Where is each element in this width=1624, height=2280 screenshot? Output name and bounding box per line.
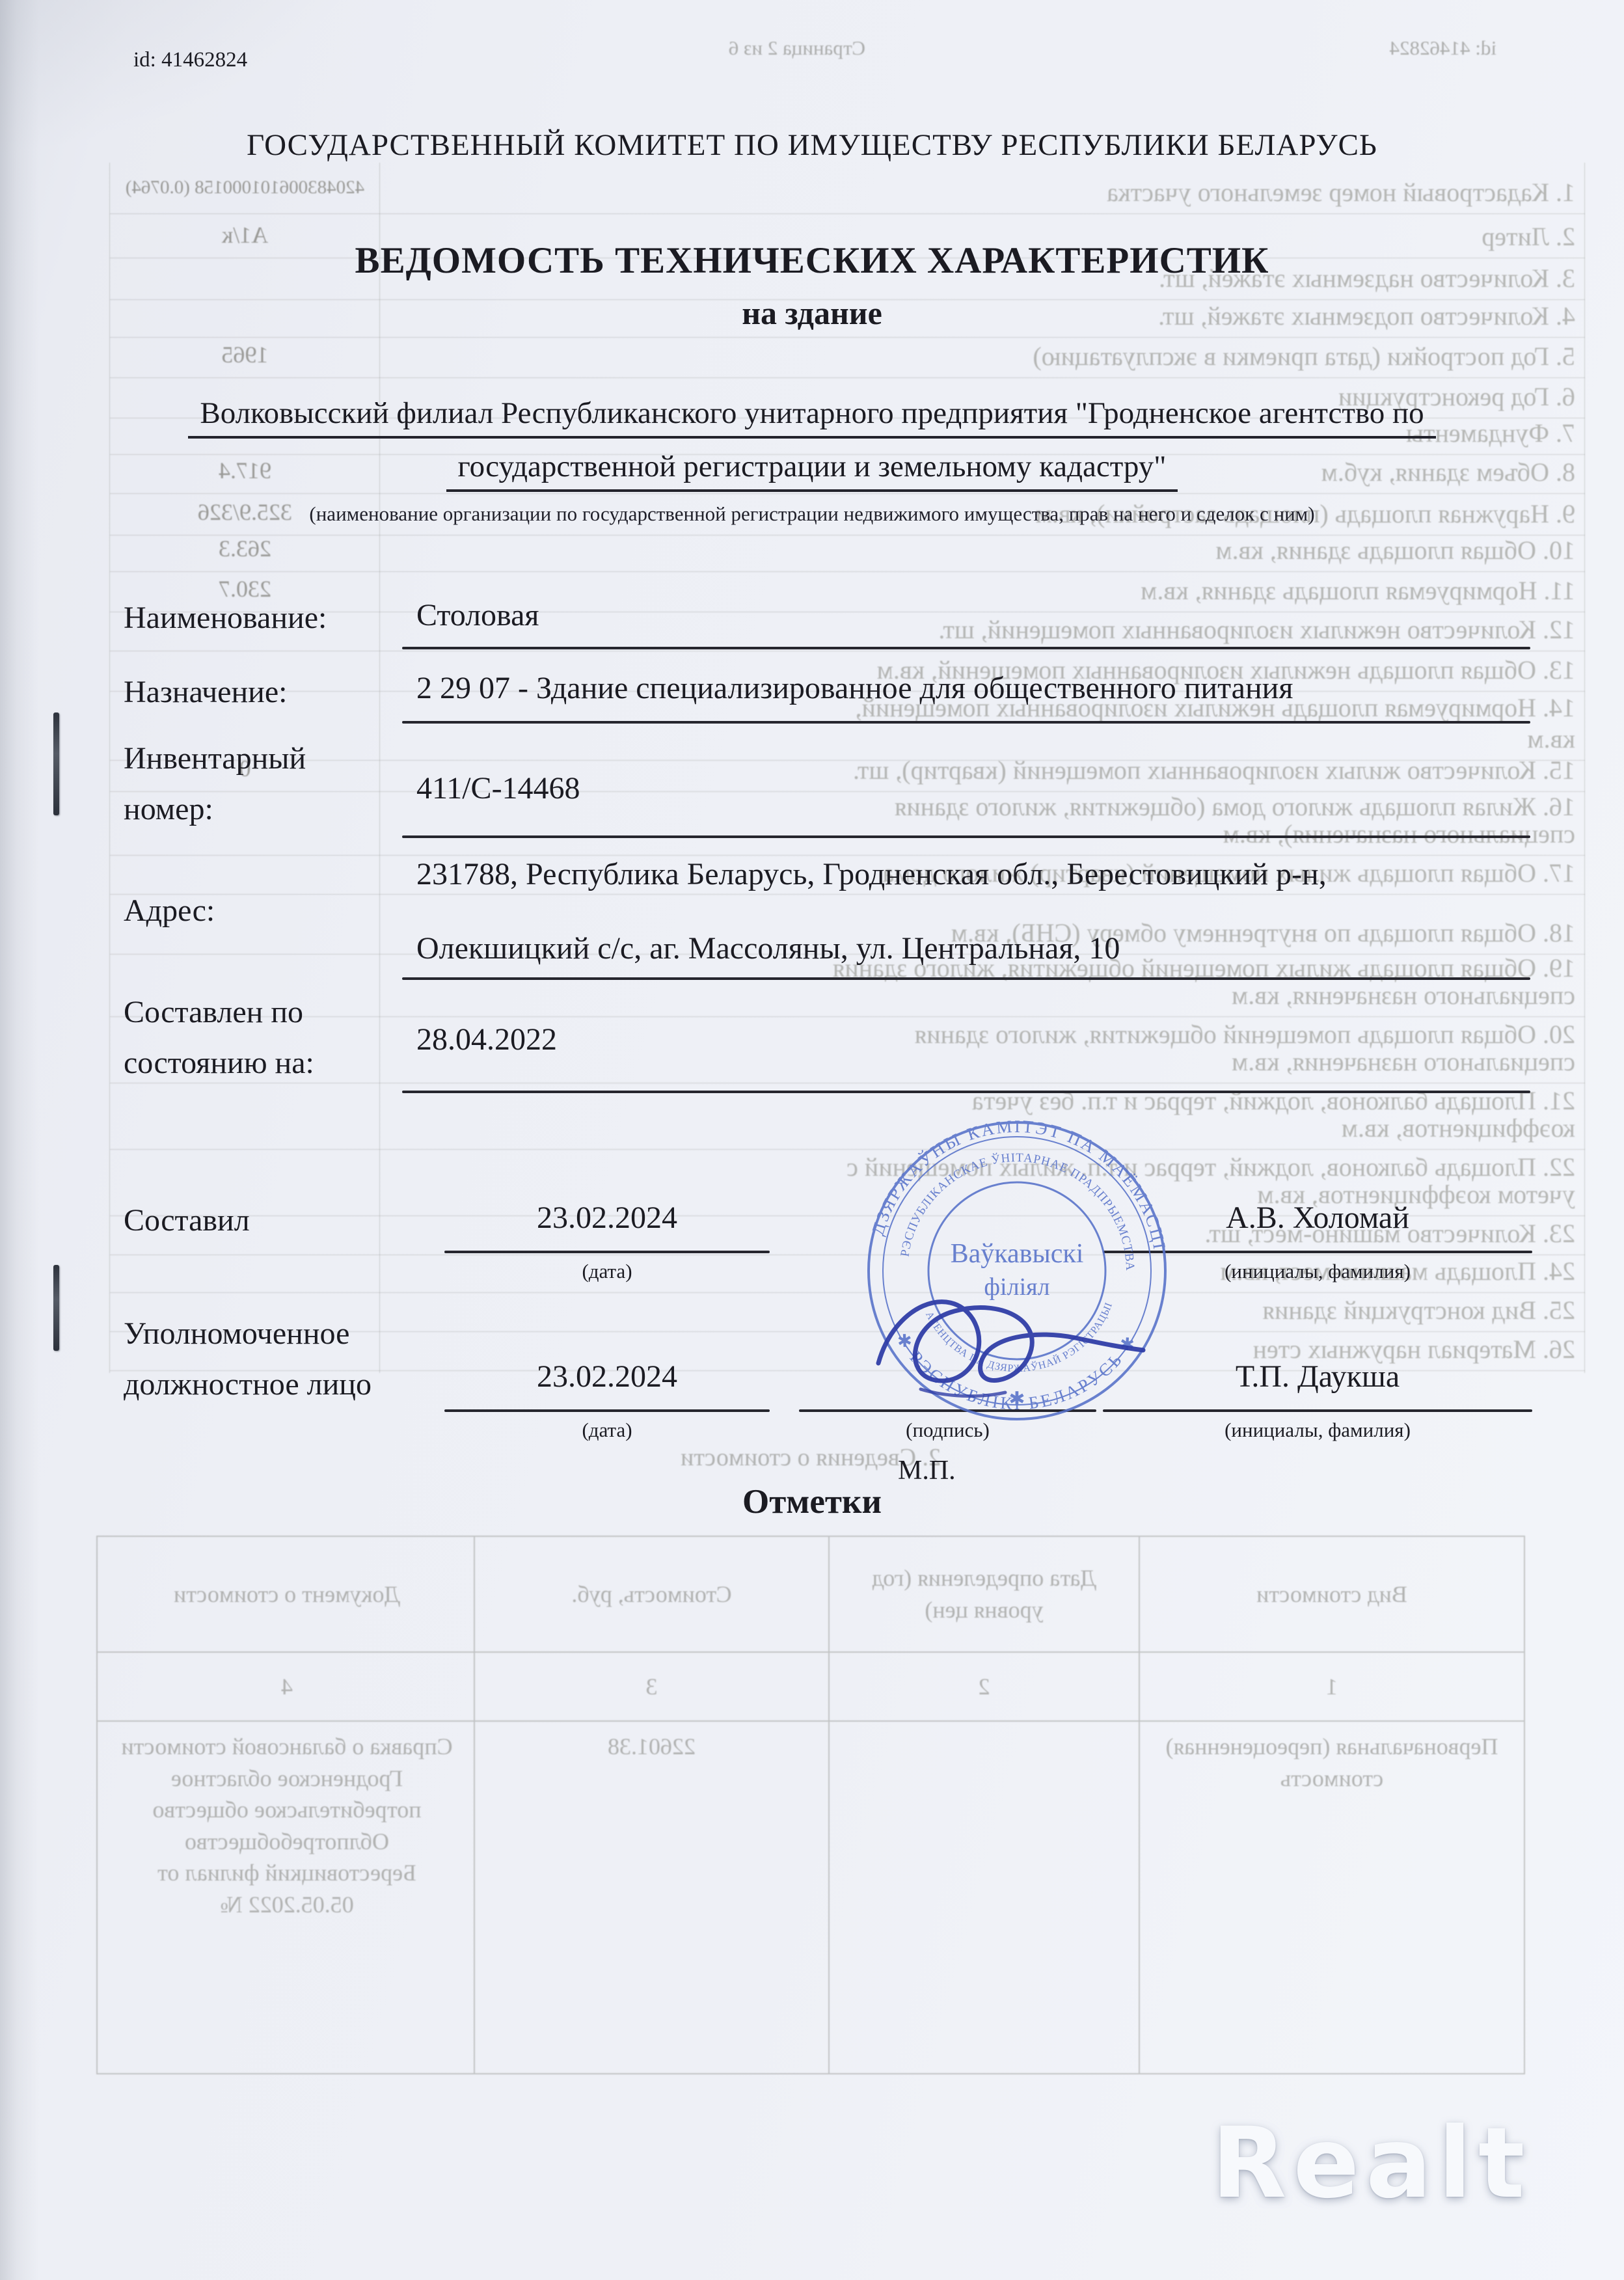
bleed-item-label: 20. Общая площадь помещений общежития, ж… (915, 1019, 1575, 1050)
bleed-cell-cost: 22601.38 (475, 1722, 830, 2073)
bleed-cost-table-header-row: Вид стоимости Дата определения (год уров… (98, 1537, 1524, 1651)
composed-date: 23.02.2024 (444, 1200, 770, 1236)
document-title: ВЕДОМОСТЬ ТЕХНИЧЕСКИХ ХАРАКТЕРИСТИК (0, 239, 1624, 282)
bleed-row-line (110, 535, 1585, 536)
bleed-cost-table: Вид стоимости Дата определения (год уров… (96, 1536, 1525, 2074)
document-subtitle: на здание (0, 294, 1624, 332)
bleed-cell-kind: Первоначальная (переоцененная) стоимость (1140, 1722, 1524, 2073)
committee-heading: ГОСУДАРСТВЕННЫЙ КОМИТЕТ ПО ИМУЩЕСТВУ РЕС… (0, 128, 1624, 163)
field-rule (402, 1091, 1530, 1093)
field-value-address2: Олекшицкий с/с, аг. Массоляны, ул. Центр… (416, 930, 1120, 966)
bleed-item-label: 10. Общая площадь здания, кв.м (1215, 535, 1575, 565)
field-label-asof1: Составлен по (124, 994, 303, 1030)
field-label-inventory2: номер: (124, 791, 213, 827)
bleed-item-label: коэффициентов, кв.м (1342, 1113, 1575, 1143)
bleed-item-label: 15. Количество жилых изолированных помещ… (853, 755, 1575, 785)
field-rule (402, 835, 1530, 838)
bleed-row-line (110, 651, 1585, 651)
marks-heading: Отметки (0, 1482, 1624, 1521)
bleed-item-label: 1. Кадастровый номер земельного участка (1107, 177, 1575, 208)
bleed-item-label: кв.м (1527, 724, 1575, 754)
bleed-item-label: 11. Нормируемая площадь здания, кв.м (1141, 575, 1575, 606)
bleed-item-label: специального назначения, кв.м (1232, 1046, 1575, 1077)
org-name-line2: государственной регистрации и земельному… (0, 449, 1624, 492)
handwritten-signature (843, 1259, 1207, 1428)
bleed-item-label: 25. Вид конструкций здания (1263, 1295, 1576, 1325)
org-caption: (наименование организации по государстве… (0, 502, 1624, 526)
field-label-name: Наименование: (124, 600, 327, 636)
bleed-row-line (110, 337, 1585, 338)
bleed-col-header: Дата определения (год уровня цен) (830, 1537, 1140, 1651)
bleed-through-layer: id: 41462824 Страница 2 из 6 1. Кадастро… (0, 0, 1624, 2280)
signature-rule (444, 1251, 770, 1253)
bleed-item-label: 16. Жилая площадь жилого дома (общежития… (895, 791, 1575, 822)
bleed-cost-table-data-row: Первоначальная (переоцененная) стоимость… (98, 1720, 1524, 2073)
bleed-table-border-left (1584, 163, 1585, 1373)
field-value-inventory: 411/С-14468 (416, 770, 580, 806)
bleed-page-info: Страница 2 из 6 (729, 36, 865, 60)
field-value-name: Столовая (416, 597, 539, 633)
field-label-inventory1: Инвентарный (124, 740, 306, 776)
scanned-document-page: id: 41462824 Страница 2 из 6 1. Кадастро… (0, 0, 1624, 2280)
document-id: id: 41462824 (133, 48, 247, 72)
bleed-row-line (110, 612, 1585, 612)
field-label-address: Адрес: (124, 893, 215, 929)
date-caption: (дата) (444, 1418, 770, 1442)
bleed-item-value: 1965 (110, 341, 380, 368)
field-value-address1: 231788, Республика Беларусь, Гродненская… (416, 856, 1327, 892)
bleed-row-line (110, 791, 1585, 792)
mp-label: М.П. (898, 1455, 956, 1486)
bleed-row-line (110, 855, 1585, 856)
bleed-item-value: 420483006101000158 (0.0764) (110, 177, 380, 198)
bleed-row-line (110, 493, 1585, 494)
bleed-row-line (110, 213, 1585, 214)
bleed-col-header: Вид стоимости (1140, 1537, 1524, 1651)
field-label-purpose: Назначение: (124, 674, 287, 710)
date-caption: (дата) (444, 1260, 770, 1283)
bleed-item-value: 263.3 (110, 535, 380, 562)
field-value-asof: 28.04.2022 (416, 1022, 557, 1057)
bleed-col-header: Стоимость, руб. (475, 1537, 830, 1651)
field-rule (402, 721, 1530, 724)
bleed-item-label: 5. Год постройки (дата приемки в эксплуа… (1033, 341, 1575, 372)
field-value-purpose: 2 29 07 - Здание специализированное для … (416, 670, 1293, 706)
bleed-item-label: специального назначения, кв.м (1232, 980, 1575, 1011)
bleed-col-number: 1 (1140, 1653, 1524, 1720)
bleed-row-line (110, 894, 1585, 895)
composed-by-label: Составил (124, 1202, 250, 1238)
bleed-col-header: Документ о стоимости (100, 1537, 475, 1651)
bleed-item-label: 12. Количество нежилых изолированных пом… (938, 614, 1575, 645)
bleed-table-border-right (109, 163, 110, 1373)
field-rule (402, 977, 1530, 980)
bleed-row-line (110, 377, 1585, 378)
bleed-col-number: 4 (100, 1653, 475, 1720)
field-rule (402, 647, 1530, 649)
staple-mark (53, 712, 59, 815)
bleed-cell-date (830, 1722, 1140, 2073)
field-label-asof2: состоянию на: (124, 1045, 314, 1081)
bleed-cell-doc: Справка о балансовой стоимости Гродненск… (100, 1722, 475, 2073)
bleed-row-line (110, 1149, 1585, 1150)
staple-mark (53, 1265, 59, 1351)
bleed-cost-table-number-row: 1 2 3 4 (98, 1651, 1524, 1720)
officer-label2: должностное лицо (124, 1366, 372, 1402)
bleed-row-line (110, 1083, 1585, 1083)
bleed-table-border-mid (379, 163, 380, 1373)
bleed-col-number: 3 (475, 1653, 830, 1720)
bleed-item-label: специального назначения), кв.м (1223, 819, 1575, 849)
org-name-line1: Волковысский филиал Республиканского уни… (0, 396, 1624, 439)
bleed-col-number: 2 (830, 1653, 1140, 1720)
signature-rule (444, 1409, 770, 1412)
bleed-item-value: 230.7 (110, 575, 380, 603)
officer-label1: Уполномоченное (124, 1316, 349, 1351)
bleed-row-line (110, 1255, 1585, 1255)
bleed-section2-title: 2. Сведения о стоимости (96, 1443, 1525, 1472)
bleed-row-line (110, 760, 1585, 761)
bleed-row-line (110, 571, 1585, 572)
realt-watermark: Realt (1211, 2107, 1532, 2220)
officer-date: 23.02.2024 (444, 1359, 770, 1394)
bleed-row-line (110, 1016, 1585, 1017)
bleed-id-text: id: 41462824 (1390, 36, 1496, 60)
